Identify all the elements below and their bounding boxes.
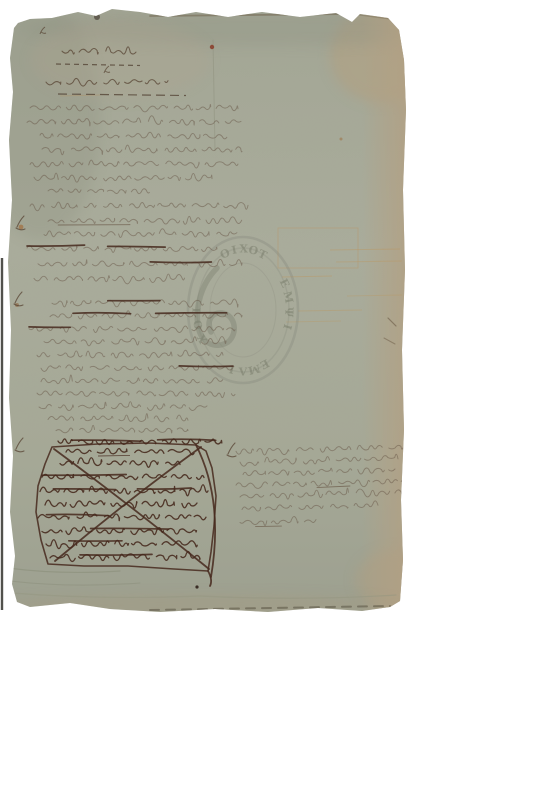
ink-stain bbox=[340, 138, 343, 141]
strikethrough-stroke bbox=[150, 262, 211, 263]
ink-stain bbox=[210, 45, 214, 49]
paper-surface: ΟΙΧΟΤΕΜΨΙΕΜΛΙΧΟΙ bbox=[0, 0, 549, 620]
strikethrough-stroke bbox=[73, 313, 131, 314]
strikethrough-stroke bbox=[42, 475, 126, 476]
strikethrough-stroke bbox=[156, 313, 227, 314]
scanner-edge-shadow bbox=[1, 258, 3, 610]
stamp-letter: Ψ bbox=[282, 307, 295, 317]
ink-stain bbox=[19, 225, 24, 230]
strikethrough-stroke bbox=[108, 246, 166, 247]
underline-stroke bbox=[98, 455, 130, 456]
strikethrough-stroke bbox=[80, 554, 152, 555]
strikethrough-stroke bbox=[91, 528, 169, 529]
ink-stain bbox=[94, 14, 100, 20]
strikethrough-stroke bbox=[179, 366, 233, 367]
ink-stain bbox=[195, 585, 198, 588]
paper-grain-texture bbox=[0, 0, 549, 620]
manuscript-page: ΟΙΧΟΤΕΜΨΙΕΜΛΙΧΟΙ bbox=[0, 0, 549, 800]
scanned-document: ΟΙΧΟΤΕΜΨΙΕΜΛΙΧΟΙ Scanned page of an aged… bbox=[0, 0, 549, 800]
strikethrough-stroke bbox=[27, 245, 85, 246]
ink-stain bbox=[349, 13, 356, 20]
stamp-letter: Λ bbox=[238, 365, 248, 378]
